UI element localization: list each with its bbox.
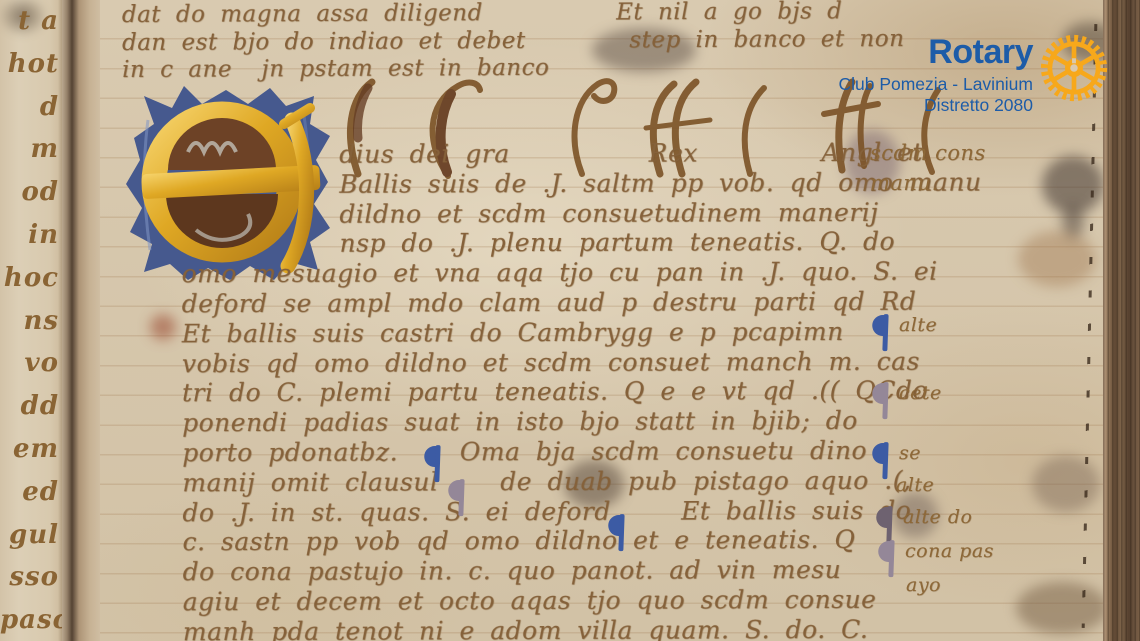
manuscript-line: Et ballis suis castri do Cambrygg e p pc… [182,317,912,349]
rotary-overlay: Rotary Club Pomezia - Lavinium Distretto… [838,34,1110,116]
rotary-club-name: Club Pomezia - Lavinium [838,74,1033,95]
facing-text-fragment: pasc [0,599,59,641]
manuscript-line: c. sastn pp vob qd omo dildno et e tenea… [182,525,912,557]
facing-text-fragment: hoc [0,257,59,300]
rotary-wordmark: Rotary [838,34,1033,71]
facing-text-fragment: od [0,171,59,214]
pilcrow-icon [871,442,891,480]
margin-note-text: cona pas [905,540,994,562]
charter-text-block: dius dei gra Rex Angl et Ballis suis de … [181,138,913,641]
facing-text-fragment: gul [0,514,59,557]
rotary-district: Distretto 2080 [838,95,1033,116]
rotary-text-block: Rotary Club Pomezia - Lavinium Distretto… [838,34,1033,116]
facing-text-fragment: d [0,86,59,129]
facing-page-edge: t a hot d m od in hoc ns vo dd em ed gul… [0,0,62,641]
facing-text-fragment: dd [0,385,59,428]
red-ink-dot [150,314,176,340]
margin-note-text: alte do [903,506,972,528]
margin-note: alte [872,314,937,351]
manuscript-line: nsp do .J. plenu partum teneatis. Q. do [339,227,911,259]
margin-note-text: se [899,442,921,464]
header-text-block: dat do magna assa diligend Et nil a go b… [122,0,902,85]
facing-text-fragment: em [0,428,59,471]
facing-text-fragment: t a [0,0,59,43]
pilcrow-icon [607,514,627,552]
manuscript-line: do cona pastujo in. c. quo panot. ad vin… [183,555,913,587]
facing-text-fragment: hot [0,43,59,86]
parchment-stain [1016,582,1108,634]
rotary-wheel-icon [1038,32,1110,104]
manuscript-line: vobis qd omo dildno et scdm consuet manc… [182,346,912,378]
pilcrow-icon [871,382,891,420]
manuscript-line: manij omit clausul de duab pub pistago a… [182,465,912,497]
margin-note: alte do [876,506,972,543]
parchment-stain [1018,231,1096,287]
manuscript-line: do .J. in st. quas. S. ei deford. Et bal… [182,495,912,527]
margin-note: scdm cons [870,142,986,164]
margin-note-text: cete [899,382,942,404]
margin-note: cona pas [878,540,994,577]
manuscript-line: porto pdonatbz. Oma bja scdm consuetu di… [182,436,912,468]
facing-text-fragment: m [0,128,59,171]
facing-text-fragment: in [0,214,59,257]
pilcrow-icon [871,314,891,352]
facing-text-fragment: vo [0,342,59,385]
manuscript-line: Ballis suis de .J. saltm pp vob. qd omo … [339,168,911,200]
manuscript-line: manh pda tenot ni e adom villa quam. S. … [183,614,913,641]
margin-note: manu. [870,172,939,194]
margin-note: alte [896,474,934,496]
margin-note-text: scdm cons [870,142,986,164]
margin-note: cete [872,382,942,419]
manuscript-line: omo mesuagio et vna aqa tjo cu pan in .J… [182,257,912,289]
facing-text-fragment: ns [0,300,59,343]
manuscript-line: agiu et decem et octo aqas tjo quo scdm … [183,585,913,617]
pilcrow-icon [423,445,443,483]
manuscript-line: ponendi padias suat in isto bjo statt in… [182,406,912,438]
margin-note: ayo [906,574,941,596]
facing-text-fragment: ed [0,471,59,514]
manuscript-line: dat do magna assa diligend Et nil a go b… [122,0,902,30]
margin-note-text: ayo [906,574,941,596]
manuscript-line: dius dei gra Rex Angl et [339,138,911,170]
margin-note-text: alte [896,474,934,496]
pilcrow-icon [447,479,467,517]
manuscript-line: dildno et scdm consuetudinem manerij [339,197,911,229]
manuscript-line: dan est bjo do indiao et debet step in b… [122,25,902,57]
pilcrow-icon [877,540,897,578]
pilcrow-icon [875,506,895,544]
margin-note-text: alte [899,314,937,336]
manuscript-line: tri do C. plemi partu teneatis. Q e e vt… [182,376,912,408]
facing-text-fragment: sso [0,556,59,599]
manuscript-line: deford se ampl mdo clam aud p destru par… [182,287,912,319]
parchment-stain [1032,456,1100,512]
manuscript-photo: t a hot d m od in hoc ns vo dd em ed gul… [0,0,1140,641]
margin-note-text: manu. [870,172,939,194]
